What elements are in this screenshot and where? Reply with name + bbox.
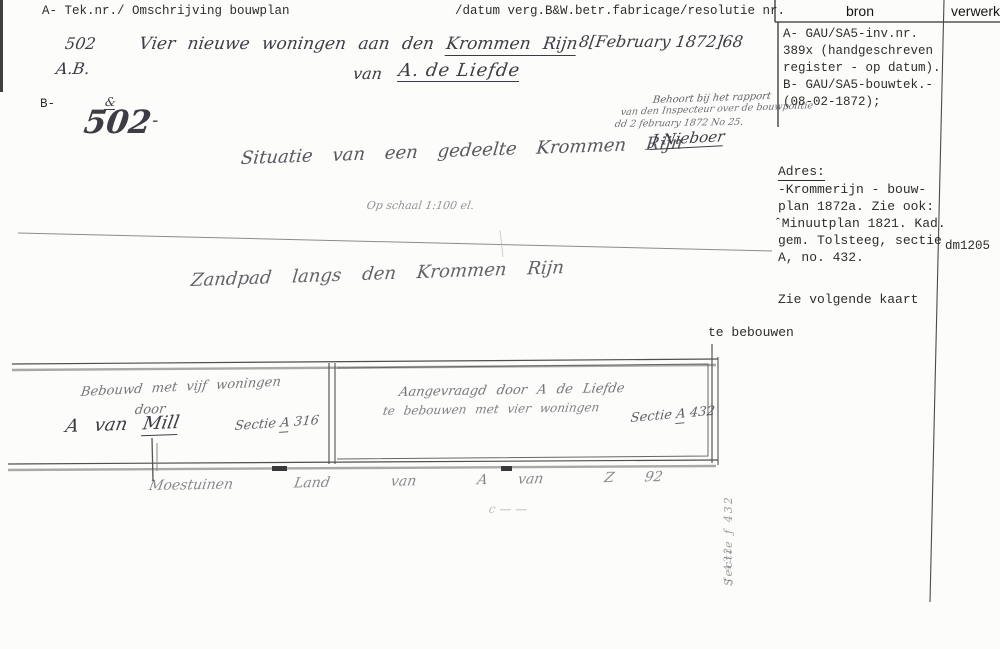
title-part2: Krommen Rijn — [445, 34, 579, 56]
header-tek-label: A- Tek.nr./ Omschrijving bouwplan — [42, 3, 290, 20]
title-part1: Vier nieuwe woningen aan den — [138, 34, 435, 54]
bron-line-4: B- GAU/SA5-bouwtek.- — [783, 77, 933, 94]
header-verwerkt-label: verwerkt — [951, 3, 1000, 19]
handwritten-tek-nr: 502 — [64, 36, 97, 52]
big-number-dash: - — [151, 112, 160, 130]
handwritten-name: A. de Liefde — [397, 62, 521, 82]
right-parcel-sectie: Sectie A 432 — [630, 405, 716, 425]
situatie-caption: Situatie van een gedeelte Krommen Rijn — [240, 135, 683, 168]
bron-line-1: A- GAU/SA5-inv.nr. — [783, 26, 918, 43]
bottom-land-note: Moestuinen Land van A van Z 92 — [148, 470, 664, 493]
big-tek-number: 502 — [82, 106, 153, 138]
signature-first: A van — [64, 413, 145, 437]
dm-code: dm1205 — [945, 238, 990, 255]
adres-line-2: plan 1872a. Zie ook: — [778, 198, 934, 215]
left-parcel-signature: A van Mill — [64, 414, 181, 436]
adres-line-4: gem. Tolsteeg, sectie — [778, 232, 942, 249]
bron-line-2: 389x (handgeschreven — [783, 43, 933, 60]
handwritten-date-note: 8[February 1872]68 — [578, 34, 744, 50]
scanned-bouwplan-card: A- Tek.nr./ Omschrijving bouwplan /datum… — [0, 0, 1000, 649]
sectie-word: Sectie — [234, 416, 281, 434]
vertical-side-note-lower: ƒ 432 — [724, 527, 734, 582]
right-parcel-line2: te bebouwen met vier woningen — [382, 401, 600, 417]
adres-line-3: ˆMinuutplan 1821. Kad. — [774, 215, 946, 232]
adres-line-1: -Krommerijn - bouw- — [778, 181, 926, 198]
zandpad-caption: Zandpad langs den Krommen Rijn — [190, 259, 565, 290]
left-parcel-sectie: Sectie A 316 — [234, 414, 320, 433]
handwritten-title: Vier nieuwe woningen aan den Krommen Rij… — [138, 36, 579, 53]
plan-drawing — [8, 344, 718, 481]
right-parcel-line1: Aangevraagd door A de Liefde — [398, 382, 625, 399]
sectie-number: 316 — [289, 413, 320, 430]
header-datum-label: /datum verg.B&W.betr.fabricage/resolutie… — [455, 3, 785, 20]
bottom-land-fragment: c — — — [488, 503, 528, 515]
survey-baseline — [18, 230, 772, 257]
scan-edge-artifact — [0, 0, 3, 92]
te-bebouwen: te bebouwen — [708, 324, 794, 341]
signature-last: Mill — [141, 412, 181, 436]
left-parcel-line1: Bebouwd met vijf woningen — [80, 376, 282, 399]
sectie-number: 432 — [685, 404, 716, 421]
rapport-note-line2: van den Inspecteur over de bouwpolitie — [620, 101, 814, 117]
header-bron-label: bron — [780, 3, 940, 19]
handwritten-tek-sub: A.B. — [55, 61, 91, 77]
schaal-note: Op schaal 1:100 el. — [366, 200, 475, 211]
bron-line-3: register - op datum). — [783, 60, 941, 77]
sectie-word: Sectie — [630, 407, 677, 426]
adres-line-5: A, no. 432. — [778, 249, 864, 266]
zie-volgende-kaart: Zie volgende kaart — [778, 291, 918, 308]
adres-heading: Adres: — [778, 163, 825, 181]
b-label: B- — [40, 96, 55, 113]
handwritten-van: van — [352, 66, 383, 82]
